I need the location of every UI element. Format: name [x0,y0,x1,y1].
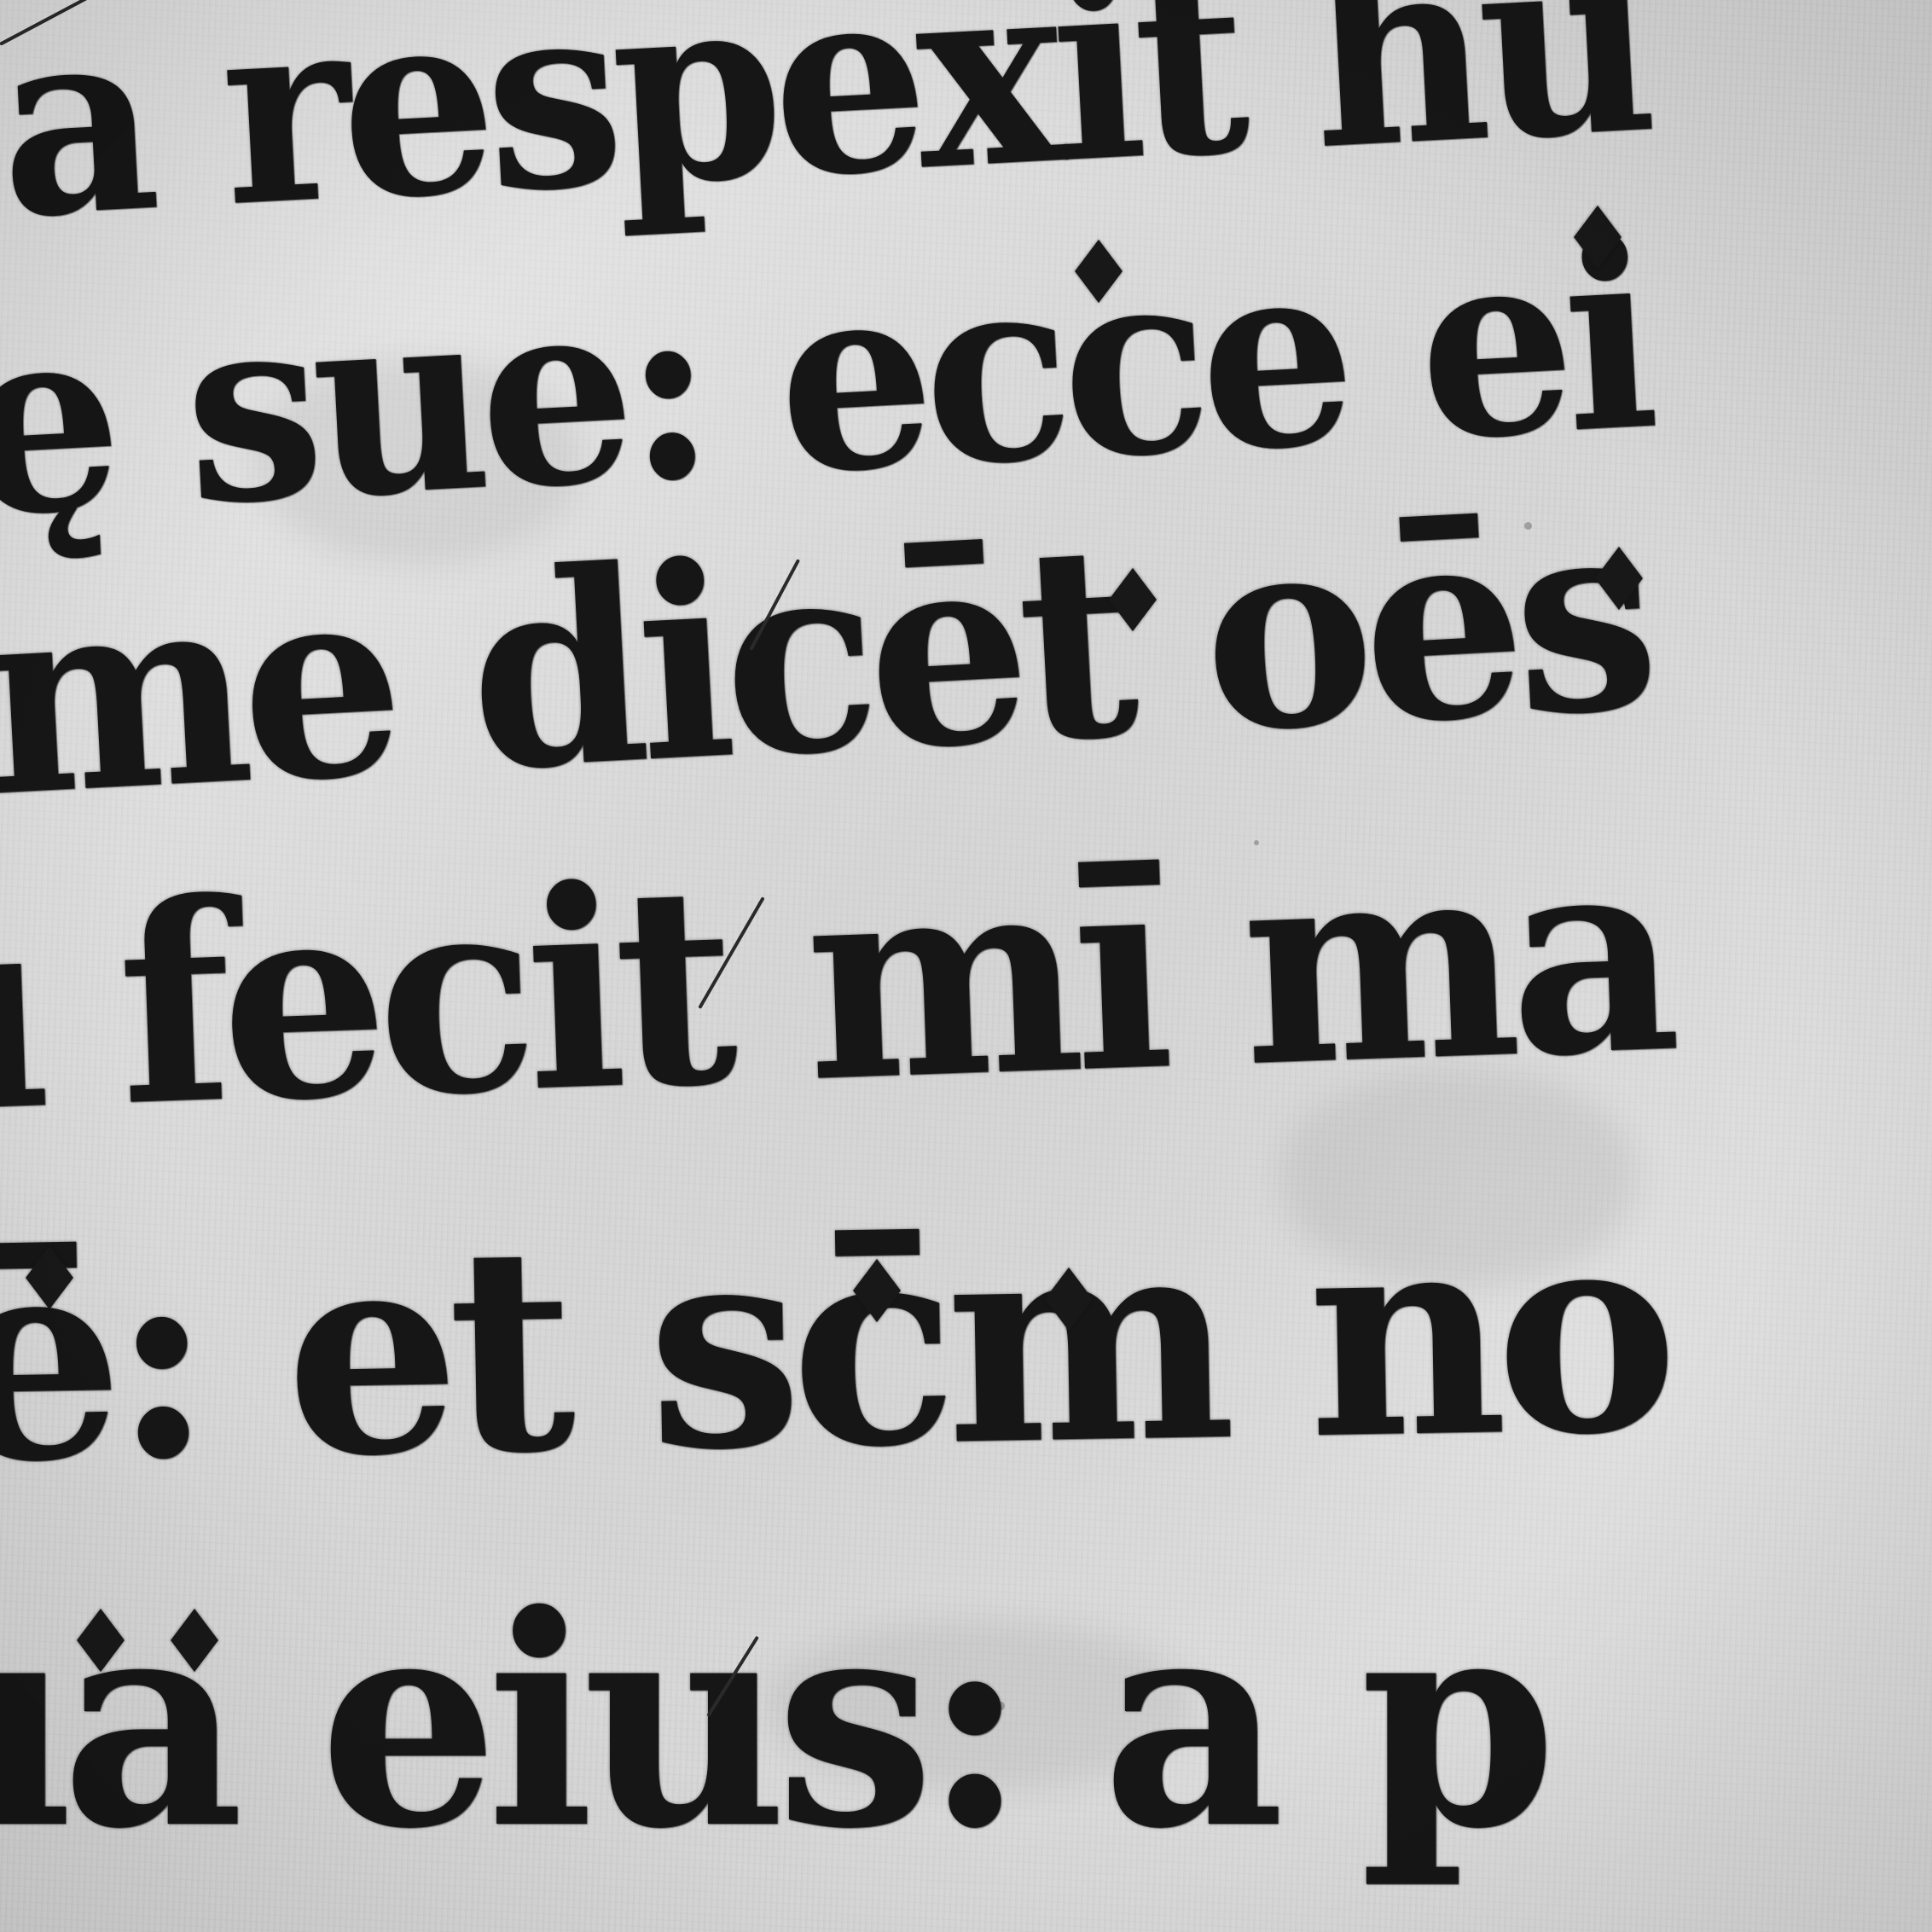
manuscript-photo: a respexit hu ę sue: ecce ei me dicēt oē… [0,0,1932,1932]
manuscript-line-4: ı fecit mı̄ ma [0,793,1674,1173]
manuscript-line-5: ē: et sc̄m no [0,1164,1669,1525]
manuscript-line-6: ıa eius: a p [0,1552,1546,1893]
